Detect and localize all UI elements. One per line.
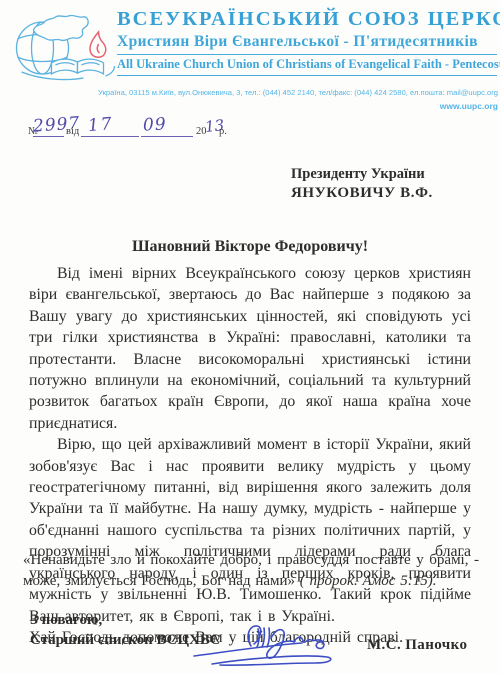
recipient-block: Президенту України ЯНУКОВИЧУ В.Ф. [291,165,433,202]
header-divider-bottom [117,75,497,76]
org-website: www.uupc.org [98,101,498,111]
ref-year-suffix: р. [219,126,227,137]
org-name-english: All Ukraine Church Union of Christians o… [117,57,497,72]
closing-phrase: З повагою, [30,612,102,629]
reference-line: № 2997 від 17 09 20 13 р. [0,115,500,141]
letter-page: ВСЕУКРАЇНСЬКИЙ СОЮЗ ЦЕРКОВ Християн Віри… [0,0,500,674]
church-union-logo [10,6,118,84]
paragraph-1: Від імені вірних Всеукраїнського союзу ц… [29,263,471,434]
recipient-name: ЯНУКОВИЧУ В.Ф. [291,184,433,203]
quote-source: ( пророк. Амос 5:15). [300,573,437,589]
header-divider-top [117,54,497,55]
ref-day-handwritten: 17 [87,114,114,136]
org-name-ukrainian: ВСЕУКРАЇНСЬКИЙ СОЮЗ ЦЕРКОВ [117,8,498,31]
salutation: Шановний Вікторе Федоровичу! [0,238,500,256]
ref-underline [81,136,139,137]
flame-icon [90,32,106,57]
scripture-quote: «Ненавидьте зло й покохайте добро, і пра… [23,550,479,592]
signer-name: М.С. Паночко [367,637,467,654]
open-book-icon [52,59,104,74]
handwritten-signature [190,616,342,670]
ukraine-map-icon [34,15,89,40]
ref-underline [141,136,193,137]
org-address-line: Україна, 03115 м.Київ, вул.Онюкевича, 3,… [98,88,498,97]
recipient-title: Президенту України [291,165,433,184]
org-subtitle: Християн Віри Євангельської - П'ятидесят… [117,33,498,51]
ref-month-handwritten: 09 [142,114,167,135]
paragraph-2: Вірю, що цей архіважливий момент в істор… [29,434,471,627]
ref-from-label: від [66,126,79,137]
